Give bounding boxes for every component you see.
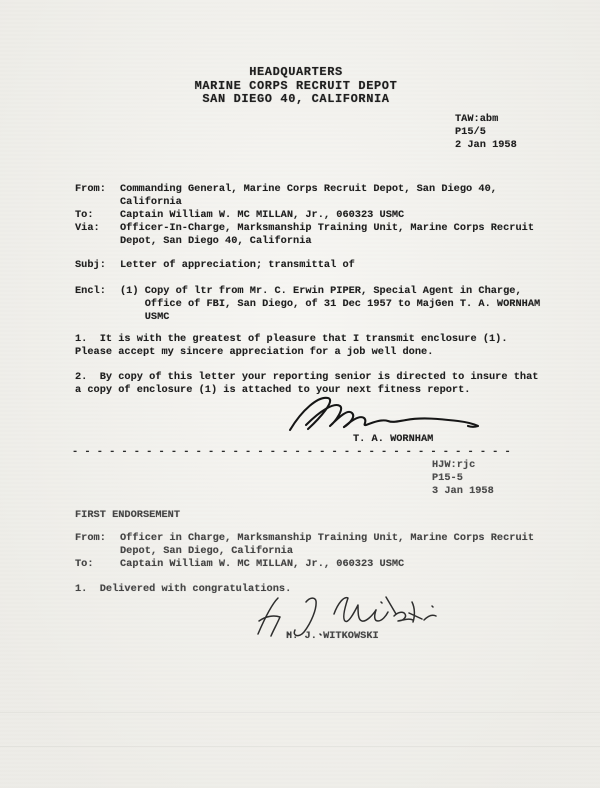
paragraph-2-line-1: 2. By copy of this letter your reporting… bbox=[75, 371, 538, 384]
endorsement-from-line-2: Depot, San Diego, California bbox=[120, 545, 293, 558]
enclosure-block: Encl: (1) Copy of ltr from Mr. C. Erwin … bbox=[75, 285, 585, 324]
scan-artifact-line bbox=[0, 746, 600, 747]
address-block: From: Commanding General, Marine Corps R… bbox=[75, 183, 575, 248]
endorsement-to-line-1: Captain William W. MC MILLAN, Jr., 06032… bbox=[120, 558, 404, 571]
endorsement-to-row: To: Captain William W. MC MILLAN, Jr., 0… bbox=[75, 558, 575, 571]
letterhead: HEADQUARTERS MARINE CORPS RECRUIT DEPOT … bbox=[0, 66, 592, 107]
from-line-1: Commanding General, Marine Corps Recruit… bbox=[120, 183, 497, 196]
endorsement-originator-code: HJW:rjc bbox=[432, 459, 494, 472]
via-label: Via: bbox=[75, 222, 120, 235]
endorsement-date: 3 Jan 1958 bbox=[432, 485, 494, 498]
to-line-1: Captain William W. MC MILLAN, Jr., 06032… bbox=[120, 209, 404, 222]
paragraph-1: 1. It is with the greatest of pleasure t… bbox=[75, 333, 508, 359]
enclosure-label: Encl: bbox=[75, 285, 120, 298]
dashed-separator: - - - - - - - - - - - - - - - - - - - - … bbox=[72, 446, 548, 459]
witkowski-typed-name: H. J. WITKOWSKI bbox=[286, 630, 379, 643]
file-number: P15/5 bbox=[455, 126, 517, 139]
subject-label: Subj: bbox=[75, 259, 120, 272]
enclosure-row: Encl: (1) Copy of ltr from Mr. C. Erwin … bbox=[75, 285, 585, 298]
enclosure-line-1: (1) Copy of ltr from Mr. C. Erwin PIPER,… bbox=[120, 285, 522, 298]
scan-artifact-line bbox=[0, 712, 600, 713]
scanned-letter-page: HEADQUARTERS MARINE CORPS RECRUIT DEPOT … bbox=[0, 0, 600, 788]
endorsement-title: FIRST ENDORSEMENT bbox=[75, 509, 180, 522]
letterhead-line-3: SAN DIEGO 40, CALIFORNIA bbox=[0, 93, 592, 107]
to-label: To: bbox=[75, 209, 120, 222]
subject-block: Subj: Letter of appreciation; transmitta… bbox=[75, 259, 575, 272]
via-line-1: Officer-In-Charge, Marksmanship Training… bbox=[120, 222, 534, 235]
paragraph-1-line-1: 1. It is with the greatest of pleasure t… bbox=[75, 333, 508, 346]
subject-text: Letter of appreciation; transmittal of bbox=[120, 259, 355, 272]
enclosure-line-3: USMC bbox=[120, 311, 169, 324]
endorsement-from-line-1: Officer in Charge, Marksmanship Training… bbox=[120, 532, 534, 545]
wornham-signature-icon bbox=[286, 394, 482, 436]
letterhead-line-1: HEADQUARTERS bbox=[0, 66, 592, 80]
paragraph-1-line-2: Please accept my sincere appreciation fo… bbox=[75, 346, 508, 359]
endorsement-from-row: From: Officer in Charge, Marksmanship Tr… bbox=[75, 532, 575, 545]
reference-block-top: TAW:abm P15/5 2 Jan 1958 bbox=[455, 113, 517, 152]
via-row: Via: Officer-In-Charge, Marksmanship Tra… bbox=[75, 222, 575, 235]
enclosure-line-2: Office of FBI, San Diego, of 31 Dec 1957… bbox=[120, 298, 540, 311]
from-line-2: California bbox=[120, 196, 182, 209]
letter-date: 2 Jan 1958 bbox=[455, 139, 517, 152]
endorsement-address-block: From: Officer in Charge, Marksmanship Tr… bbox=[75, 532, 575, 571]
reference-block-endorsement: HJW:rjc P15-5 3 Jan 1958 bbox=[432, 459, 494, 498]
letterhead-line-2: MARINE CORPS RECRUIT DEPOT bbox=[0, 80, 592, 94]
from-label: From: bbox=[75, 183, 120, 196]
via-row-cont: Depot, San Diego 40, California bbox=[75, 235, 575, 248]
from-row: From: Commanding General, Marine Corps R… bbox=[75, 183, 575, 196]
endorsement-to-label: To: bbox=[75, 558, 120, 571]
endorsement-from-label: From: bbox=[75, 532, 120, 545]
wornham-signature bbox=[286, 394, 482, 436]
wornham-typed-name: T. A. WORNHAM bbox=[353, 433, 433, 446]
endorsement-file-number: P15-5 bbox=[432, 472, 494, 485]
originator-code: TAW:abm bbox=[455, 113, 517, 126]
via-line-2: Depot, San Diego 40, California bbox=[120, 235, 312, 248]
from-row-cont: California bbox=[75, 196, 575, 209]
to-row: To: Captain William W. MC MILLAN, Jr., 0… bbox=[75, 209, 575, 222]
